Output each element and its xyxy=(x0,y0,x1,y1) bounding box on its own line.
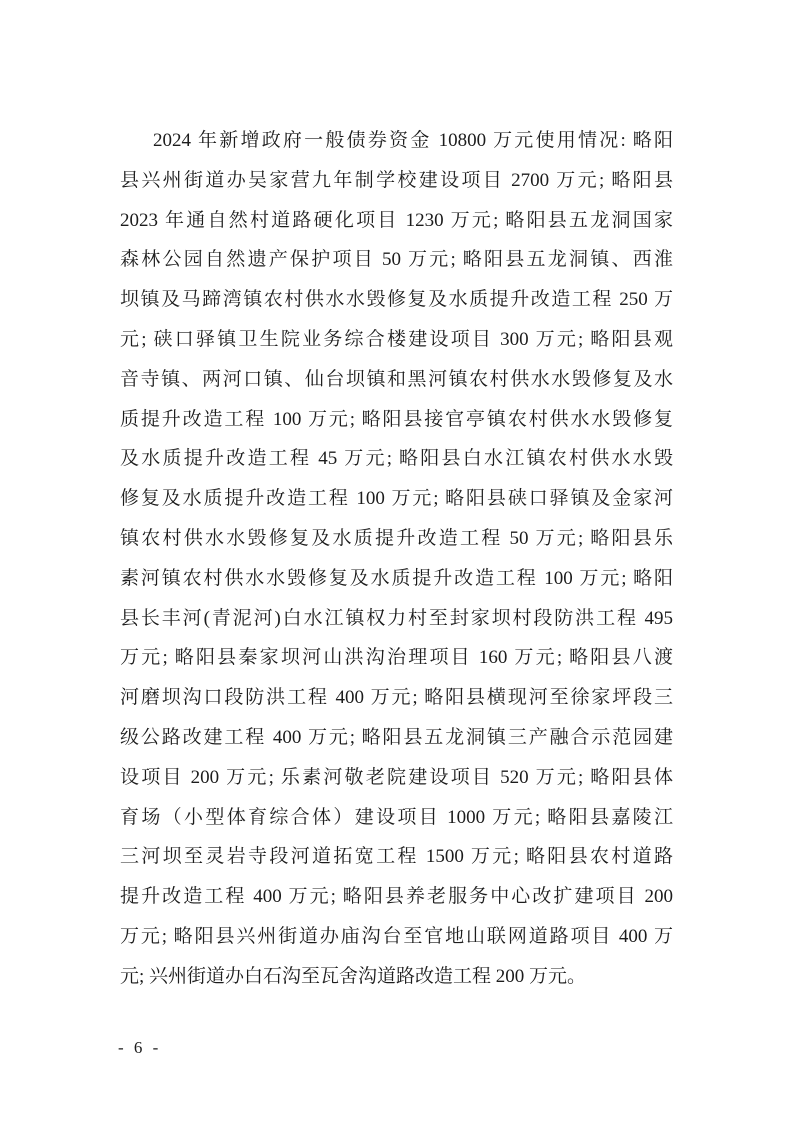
paragraph-line: 2024 年新增政府一般债券资金 10800 万元使用情况: 略阳 xyxy=(120,121,673,161)
paragraph-line: 及水质提升改造工程 45 万元; 略阳县白水江镇农村供水水毁 xyxy=(120,439,673,479)
paragraph-line: 三河坝至灵岩寺段河道拓宽工程 1500 万元; 略阳县农村道路 xyxy=(120,837,673,877)
paragraph-line: 万元; 略阳县秦家坝河山洪沟治理项目 160 万元; 略阳县八渡 xyxy=(120,638,673,678)
paragraph-line: 镇农村供水水毁修复及水质提升改造工程 50 万元; 略阳县乐 xyxy=(120,519,673,559)
paragraph-line: 元; 兴州街道办白石沟至瓦舍沟道路改造工程 200 万元。 xyxy=(120,957,673,997)
paragraph-line: 提升改造工程 400 万元; 略阳县养老服务中心改扩建项目 200 xyxy=(120,877,673,917)
paragraph-line: 森林公园自然遗产保护项目 50 万元; 略阳县五龙洞镇、西淮 xyxy=(120,240,673,280)
paragraph-line: 修复及水质提升改造工程 100 万元; 略阳县硖口驿镇及金家河 xyxy=(120,479,673,519)
page-number: - 6 - xyxy=(118,1038,161,1058)
paragraph: 2024 年新增政府一般债券资金 10800 万元使用情况: 略阳 县兴州街道办… xyxy=(120,121,673,997)
paragraph-line: 县兴州街道办吴家营九年制学校建设项目 2700 万元; 略阳县 xyxy=(120,161,673,201)
paragraph-line: 县长丰河(青泥河)白水江镇权力村至封家坝村段防洪工程 495 xyxy=(120,599,673,639)
paragraph-line: 级公路改建工程 400 万元; 略阳县五龙洞镇三产融合示范园建 xyxy=(120,718,673,758)
paragraph-line: 元; 硖口驿镇卫生院业务综合楼建设项目 300 万元; 略阳县观 xyxy=(120,320,673,360)
document-page: 2024 年新增政府一般债券资金 10800 万元使用情况: 略阳 县兴州街道办… xyxy=(0,0,793,1122)
paragraph-line: 坝镇及马蹄湾镇农村供水水毁修复及水质提升改造工程 250 万 xyxy=(120,280,673,320)
paragraph-line: 河磨坝沟口段防洪工程 400 万元; 略阳县横现河至徐家坪段三 xyxy=(120,678,673,718)
paragraph-line: 音寺镇、两河口镇、仙台坝镇和黑河镇农村供水水毁修复及水 xyxy=(120,360,673,400)
paragraph-line: 万元; 略阳县兴州街道办庙沟台至官地山联网道路项目 400 万 xyxy=(120,917,673,957)
paragraph-line: 设项目 200 万元; 乐素河敬老院建设项目 520 万元; 略阳县体 xyxy=(120,758,673,798)
paragraph-line: 素河镇农村供水水毁修复及水质提升改造工程 100 万元; 略阳 xyxy=(120,559,673,599)
paragraph-line: 育场（小型体育综合体）建设项目 1000 万元; 略阳县嘉陵江 xyxy=(120,798,673,838)
paragraph-line: 质提升改造工程 100 万元; 略阳县接官亭镇农村供水水毁修复 xyxy=(120,400,673,440)
paragraph-line: 2023 年通自然村道路硬化项目 1230 万元; 略阳县五龙洞国家 xyxy=(120,201,673,241)
